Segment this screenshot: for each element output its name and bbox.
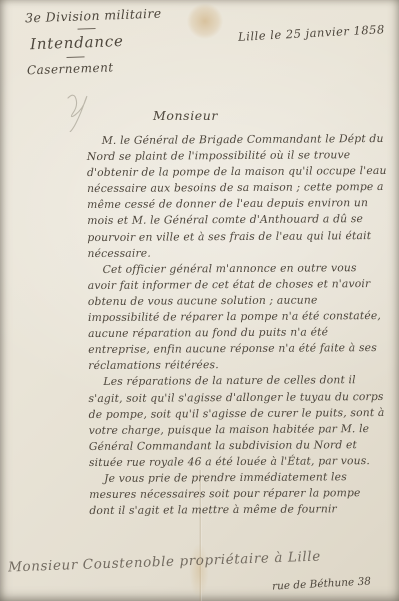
letterhead: 3e Division militaire Intendance Caserne… (25, 6, 164, 78)
letterhead-bureau: Casernement (27, 59, 164, 78)
letterhead-service: Intendance (30, 31, 163, 54)
recipient-address: rue de Béthune 38 (272, 575, 371, 592)
letterhead-divider-1 (78, 28, 96, 30)
dateline: Lille le 25 janvier 1858 (238, 22, 385, 44)
paragraph-1: M. le Général de Brigade Commandant le D… (87, 131, 388, 262)
salutation: Monsieur (153, 108, 218, 123)
recipient-line: Monsieur Coustenoble propriétaire à Lill… (8, 549, 321, 576)
paper-stain-top (183, 2, 227, 50)
letterhead-divider-2 (67, 56, 85, 58)
letter-page: 3e Division militaire Intendance Caserne… (0, 0, 399, 601)
paragraph-3: Les réparations de la nature de celles d… (88, 372, 389, 471)
paraph-mark (58, 88, 100, 132)
letterhead-division: 3e Division militaire (25, 6, 162, 26)
letter-body: M. le Général de Brigade Commandant le D… (87, 131, 390, 519)
paragraph-2: Cet officier général m'annonce en outre … (88, 260, 389, 375)
paragraph-4: Je vous prie de prendre immédiatement le… (89, 469, 389, 519)
paper-stain-bottom (186, 540, 212, 601)
